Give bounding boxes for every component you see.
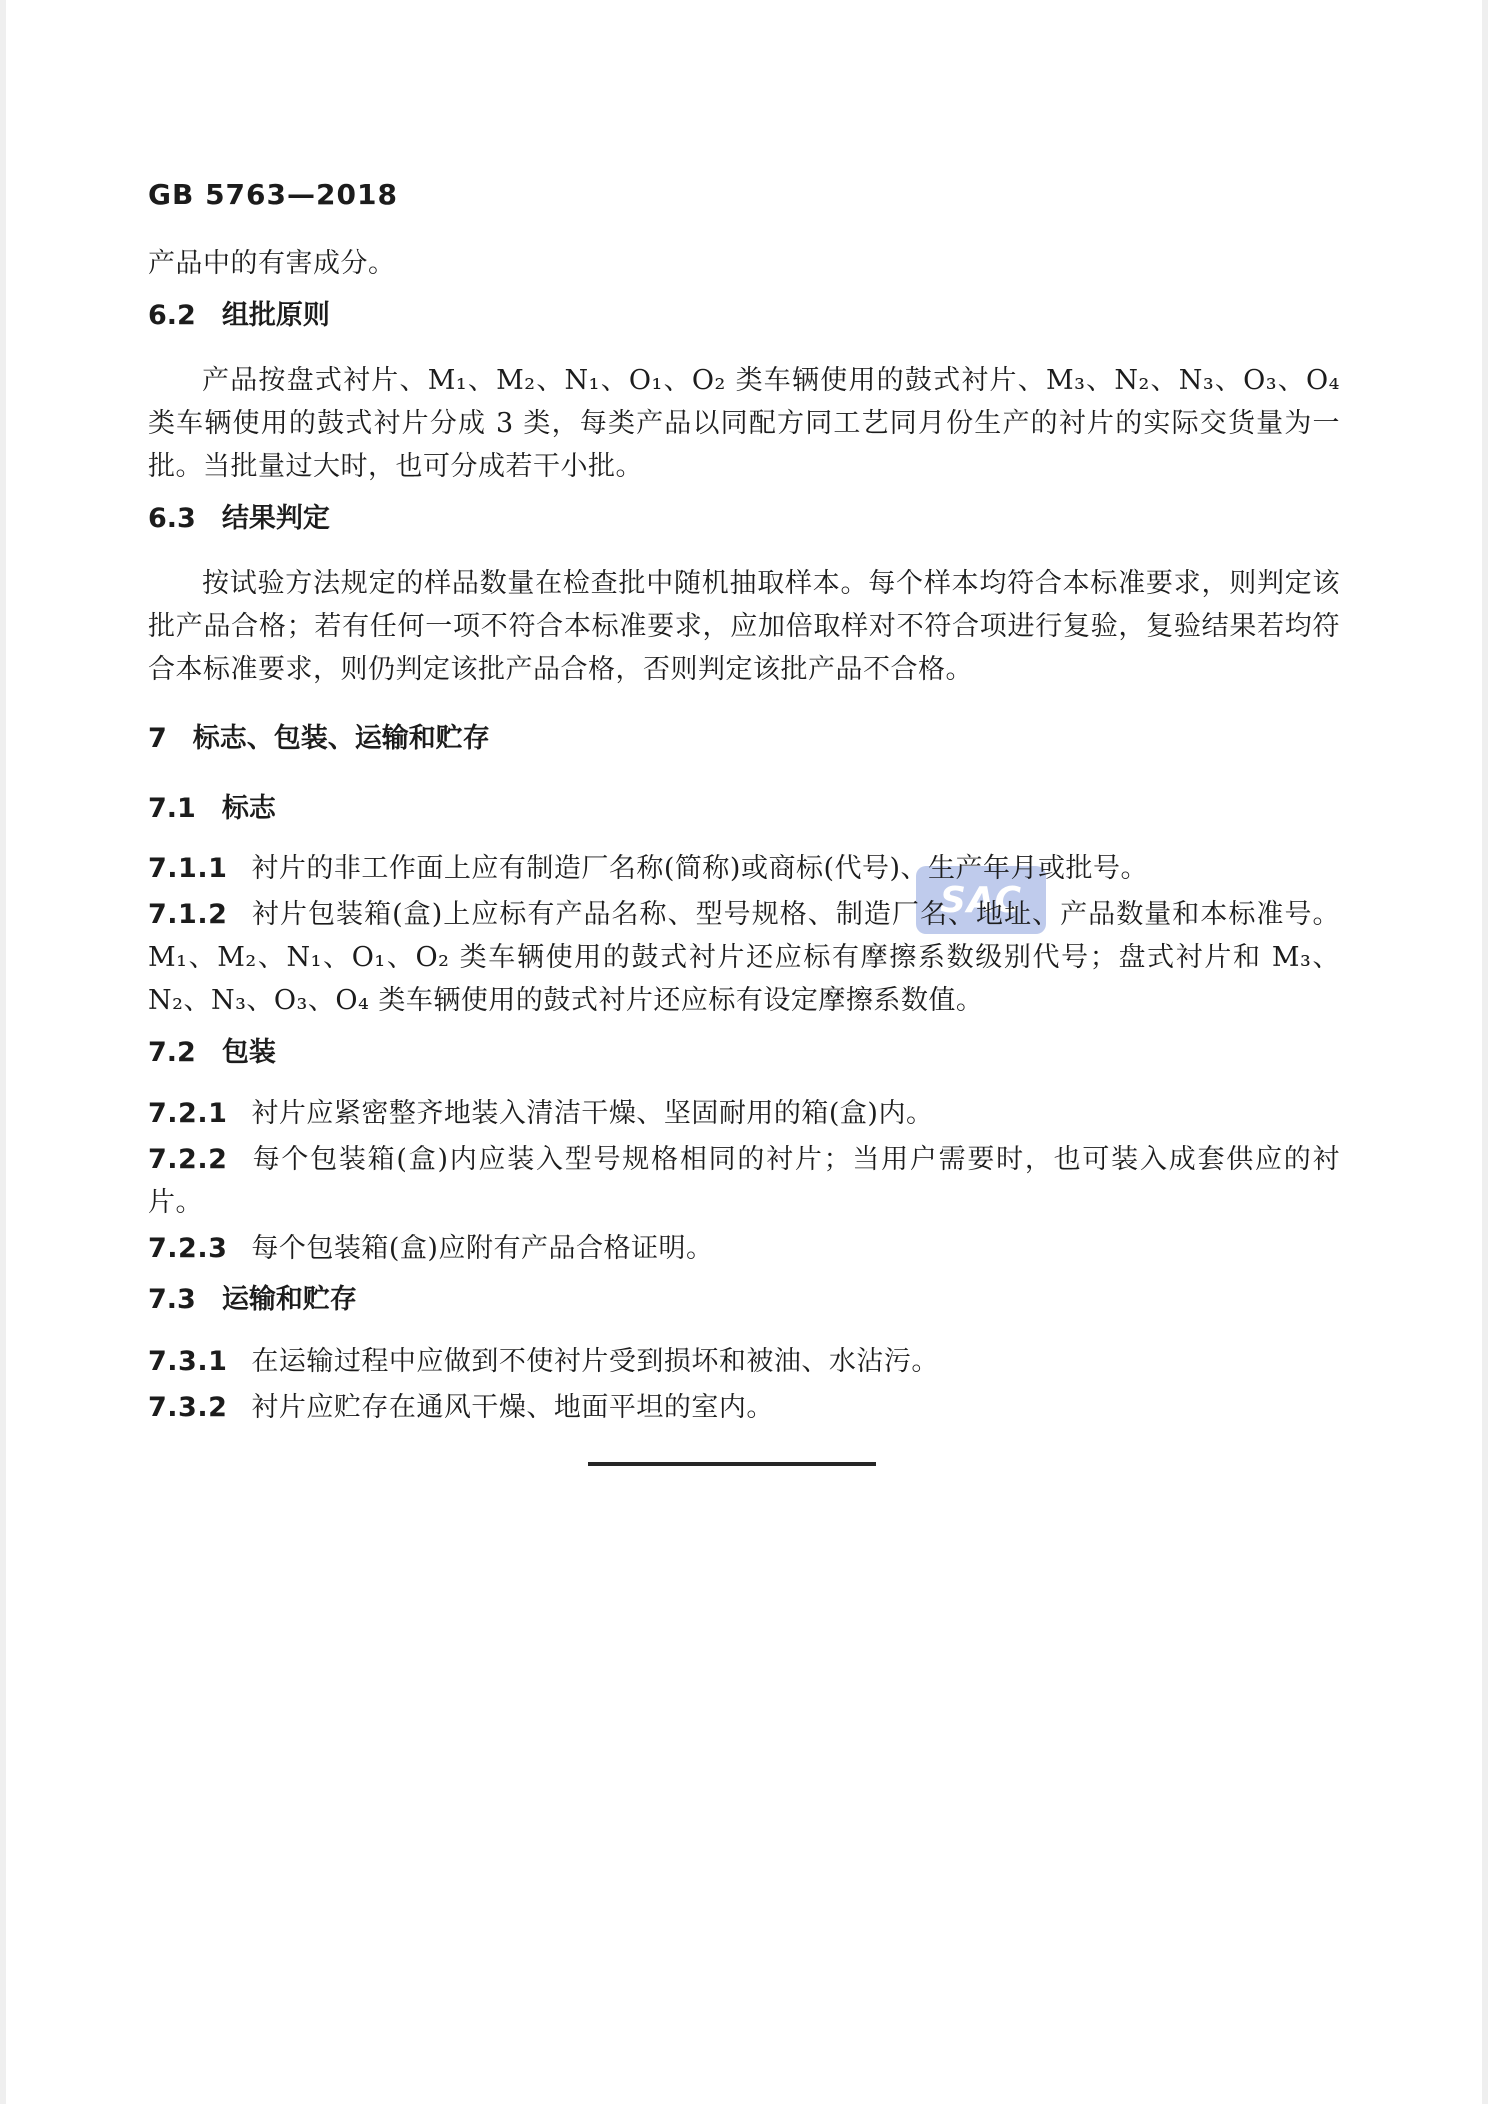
section-6-3-paragraph: 按试验方法规定的样品数量在检查批中随机抽取样本。每个样本均符合本标准要求，则判定…: [148, 562, 1340, 691]
clause-7-3-2-text: 衬片应贮存在通风干燥、地面平坦的室内。: [251, 1392, 774, 1423]
clause-7-3-2-number: 7.3.2: [148, 1392, 227, 1423]
section-7-2-title: 包装: [222, 1037, 276, 1068]
chapter-7-heading: 7标志、包装、运输和贮存: [148, 722, 1340, 756]
page-content: GB 5763—2018 产品中的有害成分。 6.2组批原则 产品按盘式衬片、M…: [0, 0, 1488, 1466]
clause-7-2-2-text: 每个包装箱(盒)内应装入型号规格相同的衬片；当用户需要时，也可装入成套供应的衬片…: [148, 1144, 1340, 1218]
clause-7-2-1-text: 衬片应紧密整齐地装入清洁干燥、坚固耐用的箱(盒)内。: [251, 1098, 933, 1129]
section-7-3-heading: 7.3运输和贮存: [148, 1283, 1340, 1317]
section-7-2-heading: 7.2包装: [148, 1036, 1340, 1070]
section-6-2-title: 组批原则: [222, 300, 330, 331]
clause-7-2-1-number: 7.2.1: [148, 1098, 227, 1129]
document-page: SAC GB 5763—2018 产品中的有害成分。 6.2组批原则 产品按盘式…: [0, 0, 1488, 2104]
clause-7-3-1: 7.3.1在运输过程中应做到不使衬片受到损坏和被油、水沾污。: [148, 1340, 1340, 1383]
standard-number: GB 5763—2018: [148, 178, 1340, 212]
section-7-1-heading: 7.1标志: [148, 792, 1340, 826]
section-6-2-paragraph: 产品按盘式衬片、M₁、M₂、N₁、O₁、O₂ 类车辆使用的鼓式衬片、M₃、N₂、…: [148, 359, 1340, 488]
section-7-1-title: 标志: [222, 793, 276, 824]
chapter-7-number: 7: [148, 723, 167, 754]
clause-7-2-3-number: 7.2.3: [148, 1233, 227, 1264]
end-of-text-rule: [588, 1462, 876, 1466]
clause-7-2-2-number: 7.2.2: [148, 1144, 227, 1175]
clause-7-1-2: 7.1.2衬片包装箱(盒)上应标有产品名称、型号规格、制造厂名、地址、产品数量和…: [148, 893, 1340, 1022]
clause-7-2-2: 7.2.2每个包装箱(盒)内应装入型号规格相同的衬片；当用户需要时，也可装入成套…: [148, 1138, 1340, 1224]
clause-7-2-3: 7.2.3每个包装箱(盒)应附有产品合格证明。: [148, 1227, 1340, 1270]
section-6-3-title: 结果判定: [222, 503, 330, 534]
section-6-2-heading: 6.2组批原则: [148, 299, 1340, 333]
clause-7-3-1-number: 7.3.1: [148, 1346, 227, 1377]
section-6-2-number: 6.2: [148, 300, 196, 331]
intro-continuation-text: 产品中的有害成分。: [148, 242, 1340, 285]
clause-7-1-2-text: 衬片包装箱(盒)上应标有产品名称、型号规格、制造厂名、地址、产品数量和本标准号。…: [148, 899, 1340, 1016]
section-6-3-heading: 6.3结果判定: [148, 502, 1340, 536]
section-7-2-number: 7.2: [148, 1037, 196, 1068]
clause-7-2-3-text: 每个包装箱(盒)应附有产品合格证明。: [251, 1233, 713, 1264]
clause-7-2-1: 7.2.1衬片应紧密整齐地装入清洁干燥、坚固耐用的箱(盒)内。: [148, 1092, 1340, 1135]
chapter-7-title: 标志、包装、运输和贮存: [193, 723, 490, 754]
section-7-3-number: 7.3: [148, 1284, 196, 1315]
section-6-3-number: 6.3: [148, 503, 196, 534]
clause-7-3-2: 7.3.2衬片应贮存在通风干燥、地面平坦的室内。: [148, 1386, 1340, 1429]
section-7-1-number: 7.1: [148, 793, 196, 824]
section-7-3-title: 运输和贮存: [222, 1284, 357, 1315]
clause-7-3-1-text: 在运输过程中应做到不使衬片受到损坏和被油、水沾污。: [251, 1346, 939, 1377]
clause-7-1-1-text: 衬片的非工作面上应有制造厂名称(简称)或商标(代号)、生产年月或批号。: [251, 853, 1148, 884]
clause-7-1-1-number: 7.1.1: [148, 853, 227, 884]
clause-7-1-1: 7.1.1衬片的非工作面上应有制造厂名称(简称)或商标(代号)、生产年月或批号。: [148, 847, 1340, 890]
clause-7-1-2-number: 7.1.2: [148, 899, 227, 930]
